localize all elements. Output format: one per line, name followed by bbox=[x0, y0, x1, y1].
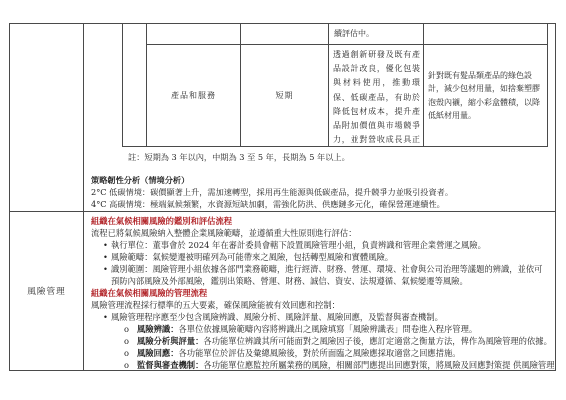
sub-bullet-text: 各功能單位於評估及彙總風險後，對於所面臨之風險應採取適當之回應措施。 bbox=[179, 348, 461, 358]
bullet-icon: • bbox=[103, 263, 108, 275]
bullet-icon: • bbox=[103, 239, 108, 251]
management-heading: 組織在氣候相關風險的管理流程 bbox=[91, 287, 549, 299]
circle-bullet-icon: o bbox=[124, 323, 129, 335]
opportunity-inner-table: 續評估中。 產品和服務 短期 透過創新研發及既有產品設計改良，優化包裝與材料使用… bbox=[122, 24, 548, 147]
row-label-empty-cell bbox=[10, 24, 84, 212]
opportunity-impact-text: 透過創新研發及既有產品設計改良，優化包裝與材料使用，推動環保、低碳產品，有助於降… bbox=[333, 50, 420, 146]
management-bullet: • 風險管理程序應至少包含風險辨識、風險分析、風險評量、風險回應，及監督與審查機… bbox=[91, 311, 549, 323]
bullet-icon: • bbox=[103, 311, 108, 323]
term-definition-note: 註：短期為 3 年以內，中期為 3 至 5 年，長期為 5 年以上。 bbox=[128, 152, 555, 163]
strategy-resilience-heading: 策略韌性分析（情境分析） bbox=[91, 175, 555, 187]
scenario-4c-line: 4°C 高碳情境：極端氣候頻繁，水資源短缺加劇，需強化防洪、供應鏈多元化，確保營… bbox=[91, 199, 555, 211]
circle-bullet-icon: o bbox=[124, 335, 129, 347]
scenario-2c-line: 2°C 低碳情境：碳價顯著上升，需加速轉型，採用再生能源與低碳產品，提升競爭力並… bbox=[91, 187, 555, 199]
document-page: 續評估中。 產品和服務 短期 透過創新研發及既有產品設計改良，優化包裝與材料使用… bbox=[0, 0, 566, 400]
identification-bullet-2-text: 風險範疇：氣候變遷被明確列為可能帶來之風險，包括轉型風險和實體風險。 bbox=[111, 252, 393, 262]
strategy-resilience-block: 策略韌性分析（情境分析） 2°C 低碳情境：碳價顯著上升，需加速轉型，採用再生能… bbox=[91, 175, 555, 210]
identification-bullet-3: • 識別範圍：風險管理小組依據各部門業務範疇，進行經濟、財務、營運、環境、社會與… bbox=[91, 263, 549, 287]
opportunity-response-text: 針對既有髮品類產品的綠色設計，減少包材用量，如捨棄塑膠泡殼內襯，縮小彩盒體積，以… bbox=[428, 69, 544, 123]
opportunity-term-cell: 短期 bbox=[241, 45, 329, 146]
identification-bullet-1-text: 執行單位：董事會於 2024 年在審計委員會轄下設置風險管理小組，負責辨識和管理… bbox=[111, 240, 486, 250]
opportunity-term: 短期 bbox=[276, 90, 294, 101]
risk-management-label: 風險管理 bbox=[27, 285, 65, 297]
circle-bullet-icon: o bbox=[124, 347, 129, 359]
risk-management-label-cell: 風險管理 bbox=[10, 212, 84, 370]
opportunity-response-cell: 針對既有髮品類產品的綠色設計，減少包材用量，如捨棄塑膠泡殼內襯，縮小彩盒體積，以… bbox=[424, 45, 547, 146]
sub-bullet-label: 風險分析與評量： bbox=[137, 336, 203, 346]
management-bullet-text: 風險管理程序應至少包含風險辨識、風險分析、風險評量、風險回應，及監督與審查機制。 bbox=[111, 312, 443, 322]
strategy-row-content: 續評估中。 產品和服務 短期 透過創新研發及既有產品設計改良，優化包裝與材料使用… bbox=[84, 24, 555, 212]
sub-bullet-text: 各功能單位應監控所屬業務的風險，相關部門應提出回應對策，將風險及回應對策提 供風… bbox=[203, 360, 554, 370]
sub-bullet-supervision: o 監督與審查機制：各功能單位應監控所屬業務的風險，相關部門應提出回應對策，將風… bbox=[91, 359, 549, 370]
identification-bullet-3-text: 識別範圍：風險管理小組依據各部門業務範疇，進行經濟、財務、營運、環境、社會與公司… bbox=[111, 264, 542, 286]
identification-bullet-1: • 執行單位：董事會於 2024 年在審計委員會轄下設置風險管理小組，負責辨識和… bbox=[91, 239, 549, 251]
sub-bullet-text: 各單位依據風險範疇內容將辨識出之風險填寫「風險辨識表」問卷進入程序管理。 bbox=[179, 324, 478, 334]
opportunity-category-cell: 產品和服務 bbox=[147, 45, 241, 146]
inner-category-spacer-cell bbox=[123, 24, 147, 146]
carryover-text-cell: 續評估中。 bbox=[329, 24, 424, 45]
opportunity-category: 產品和服務 bbox=[171, 90, 216, 101]
inner-empty-cell-3 bbox=[424, 24, 547, 45]
identification-intro: 流程已將氣候風險納入整體企業風險範疇，並遵循重大性原則進行評估： bbox=[91, 227, 549, 239]
sub-bullet-risk-response: o 風險回應：各功能單位於評估及彙總風險後，對於所面臨之風險應採取適當之回應措施… bbox=[91, 347, 549, 359]
sub-bullet-label: 監督與審查機制： bbox=[137, 360, 203, 370]
sub-bullet-label: 風險回應： bbox=[137, 348, 179, 358]
opportunity-impact-cell: 透過創新研發及既有產品設計改良，優化包裝與材料使用，推動環保、低碳產品，有助於降… bbox=[329, 45, 424, 146]
identification-bullet-2: • 風險範疇：氣候變遷被明確列為可能帶來之風險，包括轉型風險和實體風險。 bbox=[91, 251, 549, 263]
sub-bullet-risk-analysis: o 風險分析與評量：各功能單位辨識其所可能面對之風險因子後，應訂定適當之衡量方法… bbox=[91, 335, 549, 347]
sub-bullet-risk-identification: o 風險辨識：各單位依據風險範疇內容將辨識出之風險填寫「風險辨識表」問卷進入程序… bbox=[91, 323, 549, 335]
inner-empty-cell-2 bbox=[241, 24, 329, 45]
climate-risk-table: 續評估中。 產品和服務 短期 透過創新研發及既有產品設計改良，優化包裝與材料使用… bbox=[9, 23, 556, 371]
management-intro: 風險管理流程採行標準的五大要素，確保風險能被有效回應和控制： bbox=[91, 299, 549, 311]
identification-heading: 組織在氣候相關風險的鑑別和評估流程 bbox=[91, 215, 549, 227]
bullet-icon: • bbox=[103, 251, 108, 263]
circle-bullet-icon: o bbox=[124, 359, 129, 370]
sub-bullet-text: 各功能單位辨識其所可能面對之風險因子後，應訂定適當之衡量方法，俾作為風險管理的依… bbox=[203, 336, 551, 346]
inner-empty-cell-1 bbox=[147, 24, 241, 45]
carryover-text: 續評估中。 bbox=[334, 29, 374, 38]
risk-management-content: 組織在氣候相關風險的鑑別和評估流程 流程已將氣候風險納入整體企業風險範疇，並遵循… bbox=[84, 212, 555, 370]
sub-bullet-label: 風險辨識： bbox=[137, 324, 179, 334]
